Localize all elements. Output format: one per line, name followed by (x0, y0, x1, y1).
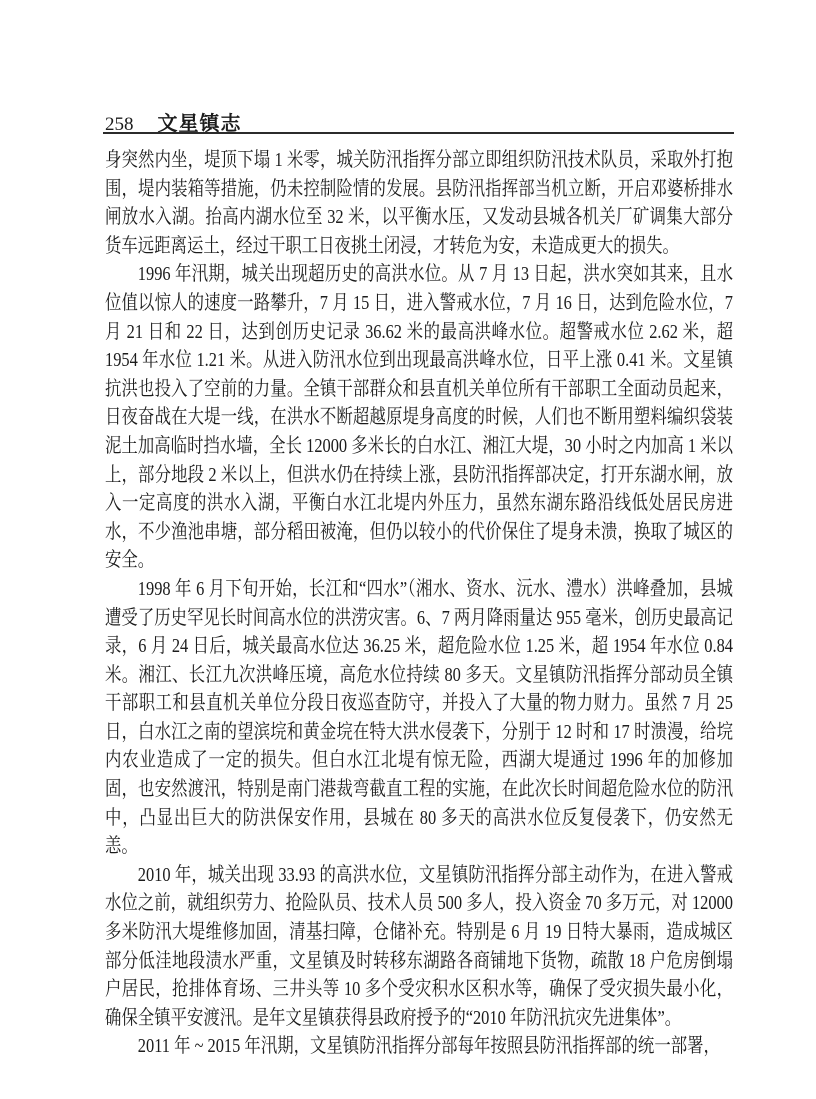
body-paragraph-4: 2010 年，城关出现 33.93 的高洪水位，文星镇防汛指挥分部主动作为，在进… (105, 861, 733, 1033)
book-page: 258 文星镇志 身突然内坐，堤顶下塌 1 米零，城关防汛指挥分部立即组织防汛技… (0, 0, 816, 1099)
body-paragraph-3: 1998 年 6 月下旬开始，长江和“四水”（湘水、资水、沅水、澧水）洪峰叠加，… (105, 575, 733, 861)
header-rule (103, 132, 734, 134)
body-paragraph-1: 身突然内坐，堤顶下塌 1 米零，城关防汛指挥分部立即组织防汛技术队员，采取外打抱… (105, 146, 733, 260)
page-body: 身突然内坐，堤顶下塌 1 米零，城关防汛指挥分部立即组织防汛技术队员，采取外打抱… (105, 146, 733, 1061)
body-paragraph-2: 1996 年汛期，城关出现超历史的高洪水位。从 7 月 13 日起，洪水突如其来… (105, 260, 733, 575)
body-paragraph-5: 2011 年 ~ 2015 年汛期，文星镇防汛指挥分部每年按照县防汛指挥部的统一… (105, 1032, 733, 1061)
